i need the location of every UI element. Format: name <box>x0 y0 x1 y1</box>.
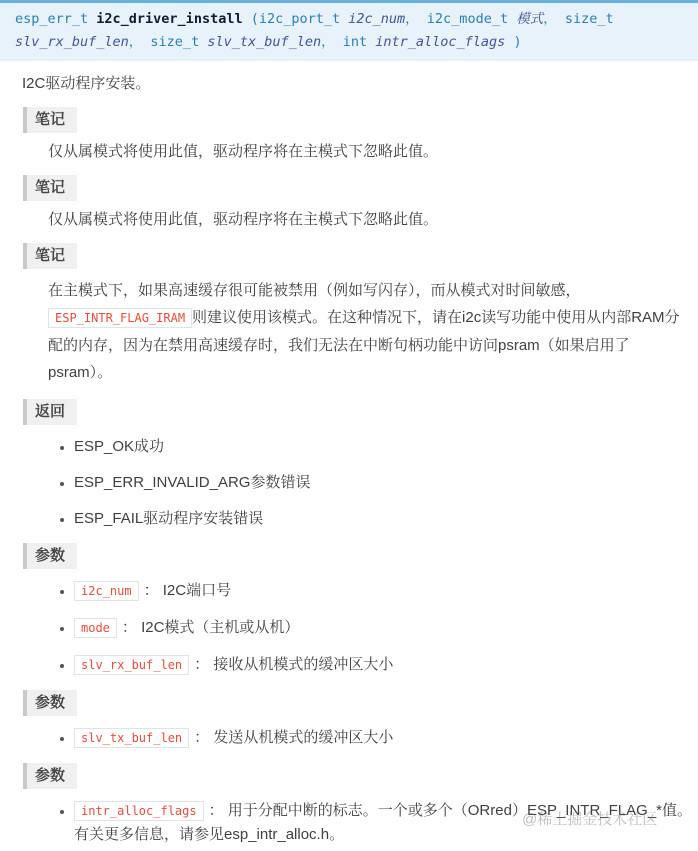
note-label: 笔记 <box>23 175 77 201</box>
param-desc: ： 接收从机模式的缓冲区大小 <box>194 656 393 673</box>
params-section: 参数 intr_alloc_flags： 用于分配中断的标志。一个或多个（ORr… <box>0 763 698 846</box>
sig-param-slv-rx-buf-len: slv_rx_buf_len <box>15 34 129 50</box>
param-code-slv-tx-buf-len: slv_tx_buf_len <box>74 728 189 748</box>
note-label: 笔记 <box>23 107 77 133</box>
note-text: 仅从属模式将使用此值，驱动程序将在主模式下忽略此值。 <box>48 141 686 162</box>
params-section: 参数 i2c_num： I2C端口号 mode： I2C模式（主机或从机） sl… <box>0 543 698 677</box>
param-desc: ： I2C模式（主机或从机） <box>122 619 300 636</box>
param-desc: ： 发送从机模式的缓冲区大小 <box>194 729 393 746</box>
note-section: 笔记 在主模式下，如果高速缓存很可能被禁用（例如写闪存），而从模式对时间敏感，E… <box>0 243 698 386</box>
sig-type-text: ， int <box>321 34 375 50</box>
params-label: 参数 <box>23 763 77 789</box>
sig-param-i2c-num: i2c_num <box>348 11 405 27</box>
sig-close-paren: ) <box>505 34 521 50</box>
sig-param-mode: 模式 <box>516 11 543 27</box>
params-list: slv_tx_buf_len： 发送从机模式的缓冲区大小 <box>0 726 698 750</box>
params-label: 参数 <box>23 690 77 716</box>
params-list: i2c_num： I2C端口号 mode： I2C模式（主机或从机） slv_r… <box>0 579 698 677</box>
note-text-before: 在主模式下，如果高速缓存很可能被禁用（例如写闪存），而从模式对时间敏感， <box>48 282 581 299</box>
sig-return-type-link[interactable]: esp_err_t <box>15 11 96 27</box>
sig-param-slv-tx-buf-len: slv_tx_buf_len <box>207 34 321 50</box>
return-item-text: ESP_OK成功 <box>74 438 164 455</box>
note-section: 笔记 仅从属模式将使用此值，驱动程序将在主模式下忽略此值。 <box>0 107 698 162</box>
returns-list: ESP_OK成功 ESP_ERR_INVALID_ARG参数错误 ESP_FAI… <box>0 435 698 530</box>
return-item: ESP_ERR_INVALID_ARG参数错误 <box>74 471 698 494</box>
returns-label: 返回 <box>23 399 77 425</box>
params-list: intr_alloc_flags： 用于分配中断的标志。一个或多个（ORred）… <box>0 799 698 846</box>
param-item: slv_rx_buf_len： 接收从机模式的缓冲区大小 <box>74 653 698 677</box>
param-code-mode: mode <box>74 618 117 638</box>
sig-type-link[interactable]: ， i2c_mode_t <box>405 11 516 27</box>
param-item: slv_tx_buf_len： 发送从机模式的缓冲区大小 <box>74 726 698 750</box>
note-label: 笔记 <box>23 243 77 269</box>
param-code-intr-alloc-flags: intr_alloc_flags <box>74 801 204 821</box>
doc-page: esp_err_t i2c_driver_install (i2c_port_t… <box>0 0 698 846</box>
params-label: 参数 <box>23 543 77 569</box>
param-item: i2c_num： I2C端口号 <box>74 579 698 603</box>
sig-type-link[interactable]: (i2c_port_t <box>243 11 349 27</box>
param-desc: ： I2C端口号 <box>144 582 232 599</box>
sig-type-text: ， size_t <box>543 11 613 27</box>
note-text: 仅从属模式将使用此值，驱动程序将在主模式下忽略此值。 <box>48 209 686 230</box>
param-code-i2c-num: i2c_num <box>74 581 139 601</box>
note-section: 笔记 仅从属模式将使用此值，驱动程序将在主模式下忽略此值。 <box>0 175 698 230</box>
returns-section: 返回 ESP_OK成功 ESP_ERR_INVALID_ARG参数错误 ESP_… <box>0 399 698 530</box>
sig-type-text: ， size_t <box>129 34 208 50</box>
param-item: intr_alloc_flags： 用于分配中断的标志。一个或多个（ORred）… <box>74 799 698 846</box>
note-text: 在主模式下，如果高速缓存很可能被禁用（例如写闪存），而从模式对时间敏感，ESP_… <box>48 277 686 386</box>
code-esp-intr-flag-iram: ESP_INTR_FLAG_IRAM <box>48 308 192 328</box>
param-code-slv-rx-buf-len: slv_rx_buf_len <box>74 655 189 675</box>
return-item: ESP_FAIL驱动程序安装错误 <box>74 507 698 530</box>
params-section: 参数 slv_tx_buf_len： 发送从机模式的缓冲区大小 <box>0 690 698 750</box>
sig-function-name: i2c_driver_install <box>96 11 242 27</box>
sig-param-intr-alloc-flags: intr_alloc_flags <box>375 34 505 50</box>
return-item: ESP_OK成功 <box>74 435 698 458</box>
return-item-text: ESP_ERR_INVALID_ARG参数错误 <box>74 474 310 491</box>
function-signature: esp_err_t i2c_driver_install (i2c_port_t… <box>0 0 698 61</box>
function-description: I2C驱动程序安装。 <box>22 73 698 94</box>
param-item: mode： I2C模式（主机或从机） <box>74 616 698 640</box>
return-item-text: ESP_FAIL驱动程序安装错误 <box>74 510 263 527</box>
